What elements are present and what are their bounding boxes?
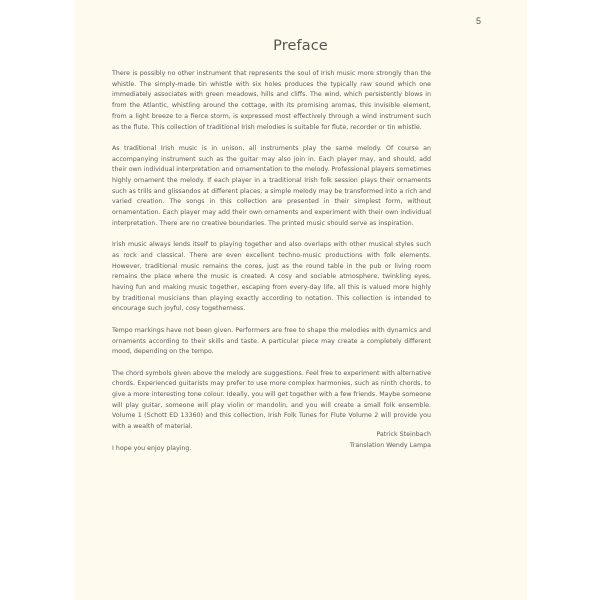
paragraph-2: As traditional Irish music is in unison,… (112, 144, 431, 230)
paragraph-4: Tempo markings have not been given. Perf… (112, 326, 431, 358)
paragraph-1: There is possibly no other instrument th… (112, 69, 431, 133)
signature-block: Patrick Steinbach Translation Wendy Lamp… (112, 430, 431, 451)
author-name: Patrick Steinbach (112, 430, 431, 441)
preface-body: There is possibly no other instrument th… (112, 69, 431, 465)
document-page: 5 Preface There is possibly no other ins… (74, 0, 527, 600)
paragraph-5: The chord symbols given above the melody… (112, 369, 431, 433)
paragraph-3: Irish music always lends itself to playi… (112, 240, 431, 315)
page-title: Preface (74, 38, 527, 54)
page-number: 5 (476, 16, 481, 26)
translator-credit: Translation Wendy Lampa (112, 441, 431, 452)
